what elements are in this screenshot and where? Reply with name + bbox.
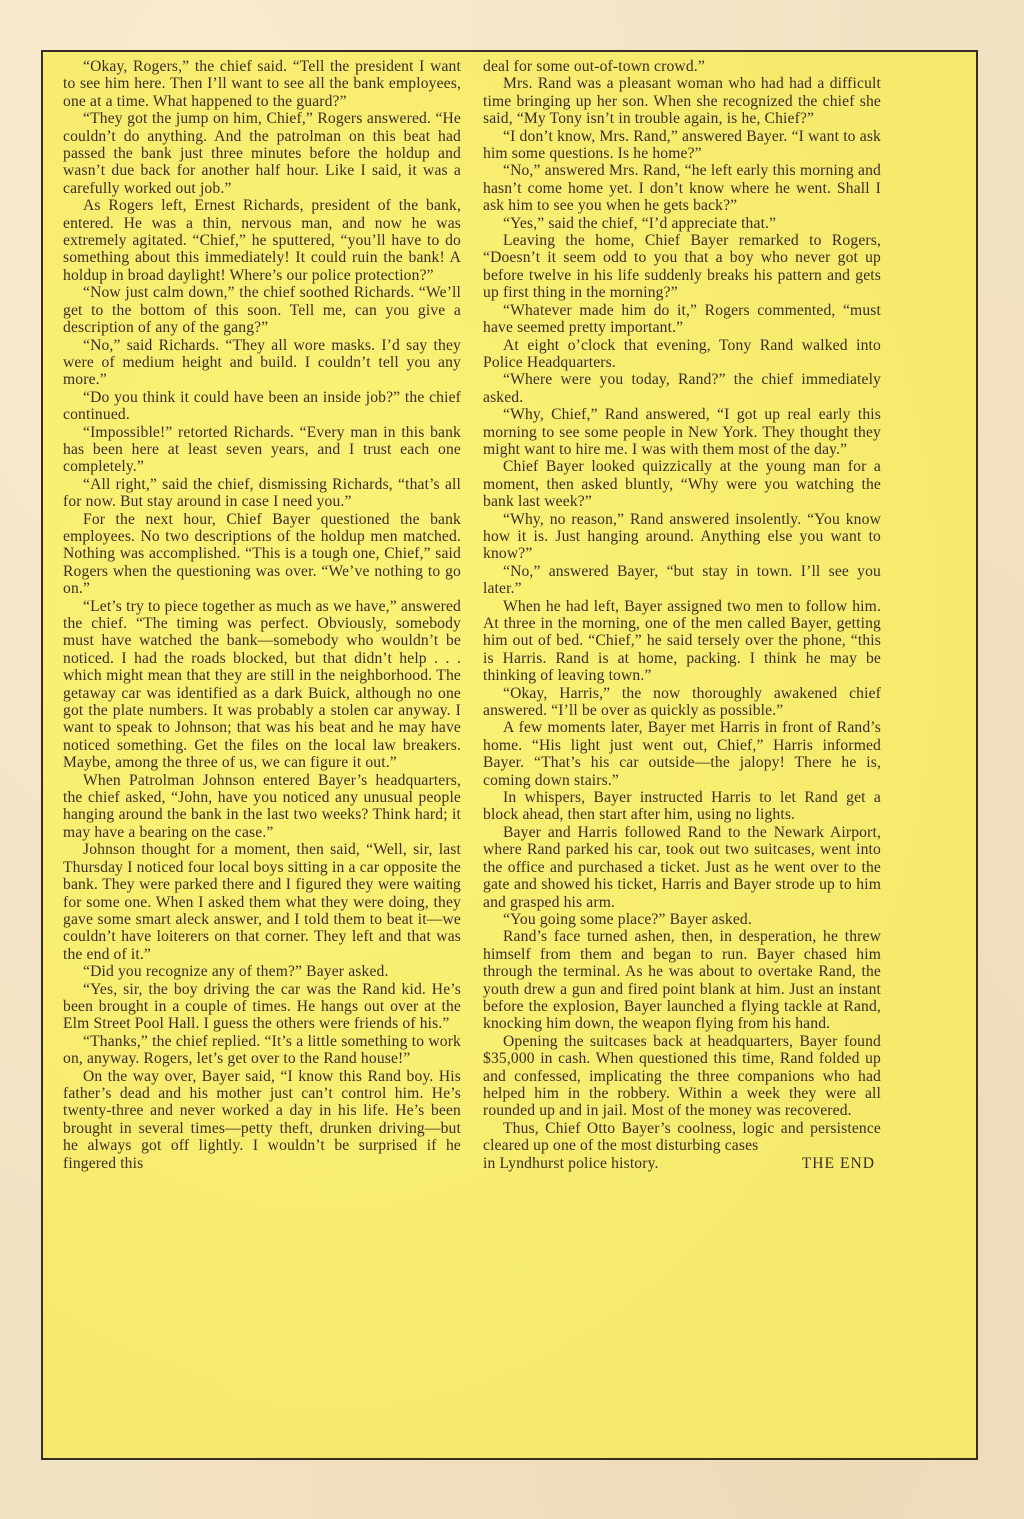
story-paragraph: At eight o’clock that evening, Tony Rand… bbox=[483, 337, 881, 372]
story-paragraph: “Okay, Harris,” the now thoroughly awake… bbox=[483, 685, 881, 720]
story-paragraph: “Why, Chief,” Rand answered, “I got up r… bbox=[483, 406, 881, 458]
closing-text: in Lyndhurst police history. bbox=[483, 1155, 659, 1172]
story-paragraph: Opening the suitcases back at headquarte… bbox=[483, 1033, 881, 1120]
story-paragraph: Chief Bayer looked quizzically at the yo… bbox=[483, 458, 881, 510]
story-paragraph: In whispers, Bayer instructed Harris to … bbox=[483, 789, 881, 824]
story-paragraph: “Impossible!” retorted Richards. “Every … bbox=[63, 424, 461, 476]
the-end-marker: THE END bbox=[802, 1155, 875, 1172]
story-paragraph: Mrs. Rand was a pleasant woman who had h… bbox=[483, 75, 881, 127]
story-paragraph: A few moments later, Bayer met Harris in… bbox=[483, 719, 881, 789]
story-paragraph: “Where were you today, Rand?” the chief … bbox=[483, 371, 881, 406]
story-paragraph: “Now just calm down,” the chief soothed … bbox=[63, 284, 461, 336]
story-paragraph: “They got the jump on him, Chief,” Roger… bbox=[63, 110, 461, 197]
story-paragraph: “Did you recognize any of them?” Bayer a… bbox=[63, 963, 461, 980]
story-paragraph: “I don’t know, Mrs. Rand,” answered Baye… bbox=[483, 128, 881, 163]
story-paragraph: Rand’s face turned ashen, then, in despe… bbox=[483, 928, 881, 1032]
story-paragraph: “Why, no reason,” Rand answered insolent… bbox=[483, 511, 881, 563]
story-paragraph: Johnson thought for a moment, then said,… bbox=[63, 841, 461, 963]
story-paragraph: “Yes,” said the chief, “I’d appreciate t… bbox=[483, 215, 881, 232]
story-paragraph: “Do you think it could have been an insi… bbox=[63, 389, 461, 424]
story-paragraph: On the way over, Bayer said, “I know thi… bbox=[63, 1068, 461, 1172]
right-column: deal for some out-of-town crowd.”Mrs. Ra… bbox=[483, 58, 881, 1172]
story-paragraph: “No,” said Richards. “They all wore mask… bbox=[63, 337, 461, 389]
story-paragraph: “No,” answered Bayer, “but stay in town.… bbox=[483, 563, 881, 598]
story-paragraph: “No,” answered Mrs. Rand, “he left early… bbox=[483, 162, 881, 214]
story-paragraph: “Let’s try to piece together as much as … bbox=[63, 598, 461, 772]
story-paragraph: Leaving the home, Chief Bayer remarked t… bbox=[483, 232, 881, 302]
story-paragraph: When Patrolman Johnson entered Bayer’s h… bbox=[63, 772, 461, 842]
story-paragraph: Bayer and Harris followed Rand to the Ne… bbox=[483, 824, 881, 911]
story-paragraph: Thus, Chief Otto Bayer’s coolness, logic… bbox=[483, 1120, 881, 1155]
story-paragraph: “All right,” said the chief, dismissing … bbox=[63, 476, 461, 511]
story-paragraph: deal for some out-of-town crowd.” bbox=[483, 58, 881, 75]
story-paragraph: “Okay, Rogers,” the chief said. “Tell th… bbox=[63, 58, 461, 110]
closing-line: in Lyndhurst police history. THE END bbox=[483, 1155, 881, 1172]
story-paragraph: For the next hour, Chief Bayer questione… bbox=[63, 511, 461, 598]
story-paragraph: “You going some place?” Bayer asked. bbox=[483, 911, 881, 928]
story-paragraph: “Thanks,” the chief replied. “It’s a lit… bbox=[63, 1033, 461, 1068]
story-paragraph: “Yes, sir, the boy driving the car was t… bbox=[63, 981, 461, 1033]
story-paragraph: As Rogers left, Ernest Richards, preside… bbox=[63, 197, 461, 284]
left-column: “Okay, Rogers,” the chief said. “Tell th… bbox=[63, 58, 461, 1172]
story-paragraph: When he had left, Bayer assigned two men… bbox=[483, 598, 881, 685]
story-paragraph: “Whatever made him do it,” Rogers commen… bbox=[483, 302, 881, 337]
